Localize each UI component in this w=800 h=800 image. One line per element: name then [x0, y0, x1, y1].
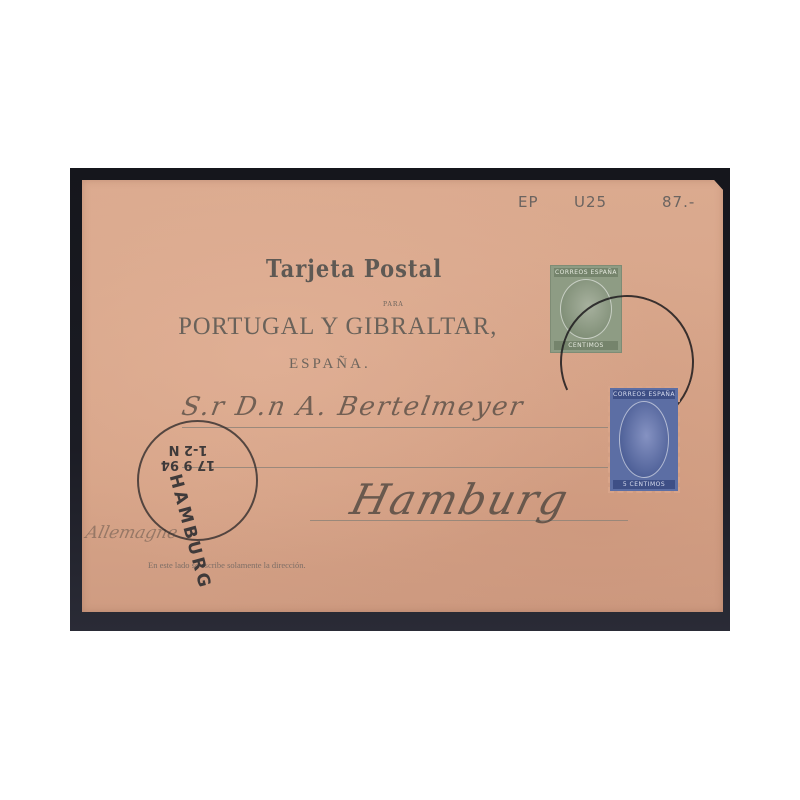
hamburg-postmark-time: 1-2 N: [158, 442, 218, 457]
added-stamp: CORREOS ESPAÑA 5 CENTIMOS: [610, 388, 678, 491]
portrait-oval-icon: [619, 401, 669, 478]
card-title: Tarjeta Postal: [266, 254, 442, 283]
added-stamp-bottom: 5 CENTIMOS: [613, 480, 675, 489]
pencil-number: U25: [574, 193, 607, 211]
imprinted-stamp-top: CORREOS ESPAÑA: [554, 268, 618, 277]
added-stamp-top: CORREOS ESPAÑA: [613, 390, 675, 399]
card-country: ESPAÑA.: [289, 356, 371, 373]
address-line-2: Hamburg: [346, 475, 575, 524]
postcard: EP U25 87.- Tarjeta Postal PARA PORTUGAL…: [82, 180, 723, 612]
card-subtitle-small: PARA: [383, 301, 404, 308]
address-line-1: S.r D.n A. Bertelmeyer: [179, 392, 526, 422]
address-rule-1: [182, 427, 612, 428]
card-destination: PORTUGAL Y GIBRALTAR,: [178, 313, 497, 341]
hamburg-postmark-date: 17 9 94 1-2 N: [158, 442, 218, 472]
pencil-price: 87.-: [662, 193, 695, 211]
pencil-catalog: EP: [518, 193, 539, 211]
footer-instruction: En este lado se escribe solamente la dir…: [148, 560, 306, 570]
hamburg-postmark-day: 17 9 94: [158, 457, 218, 472]
